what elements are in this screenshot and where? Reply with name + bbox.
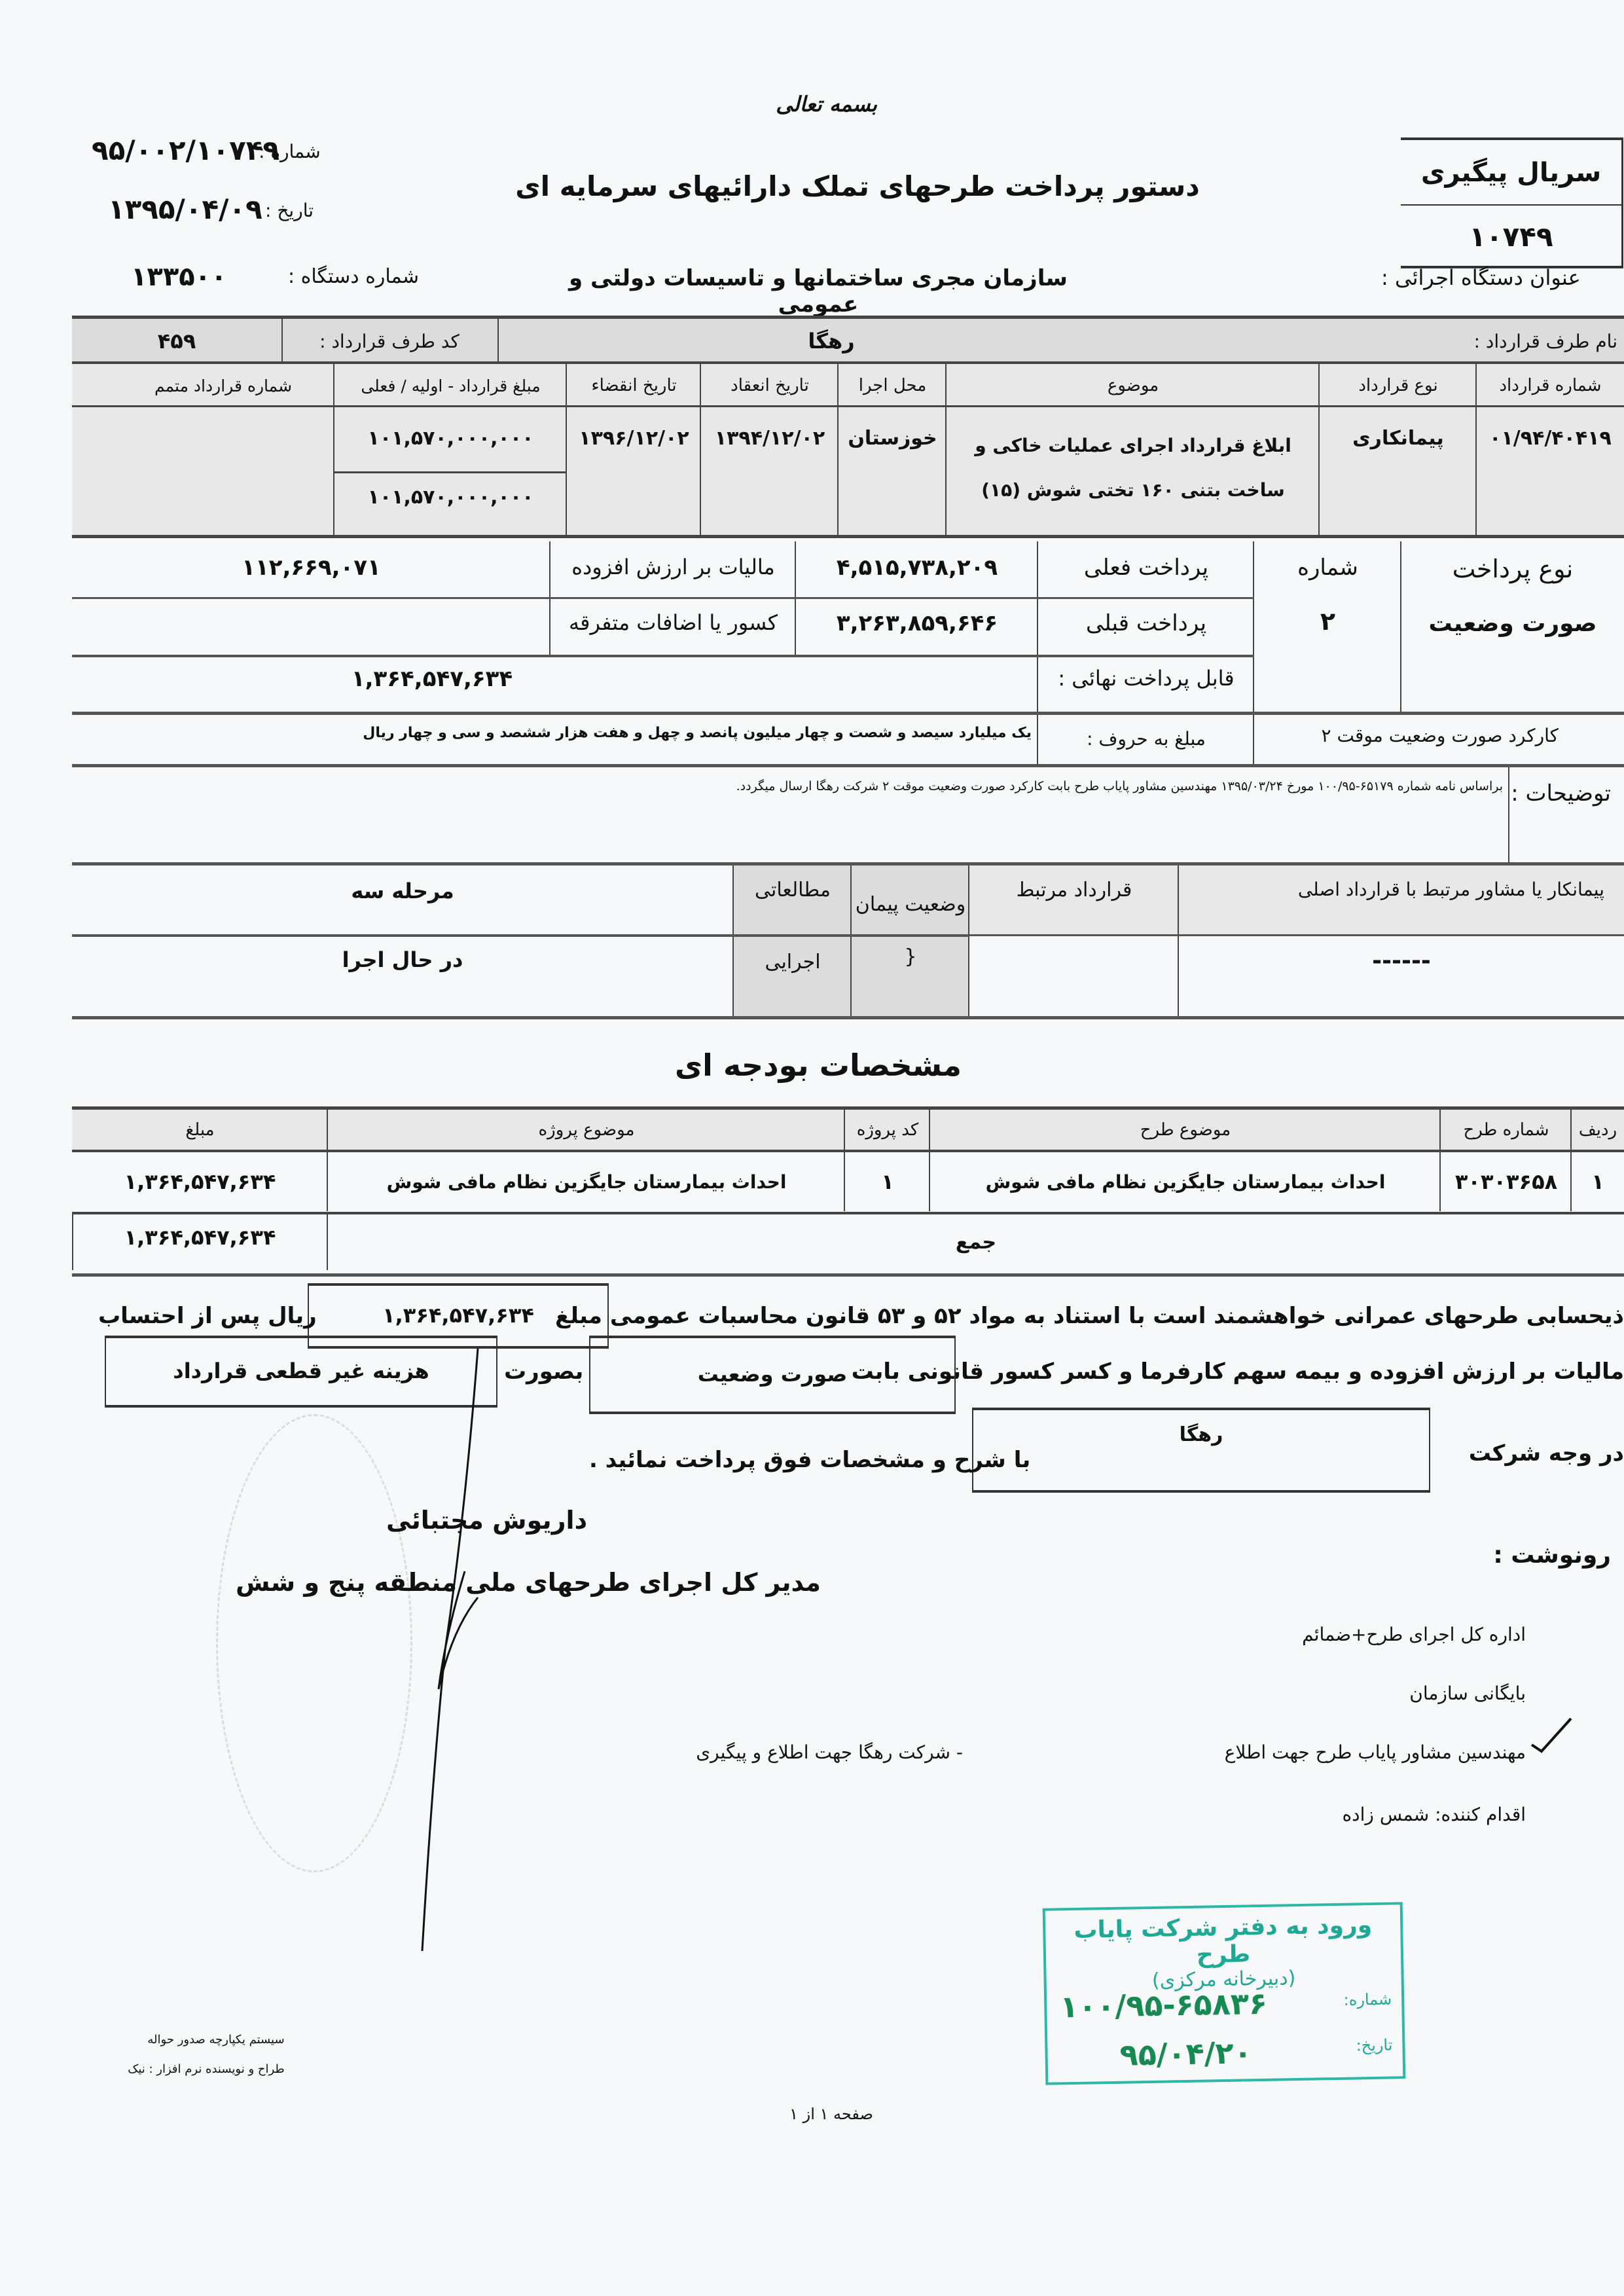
final-payable-value: ۱,۳۶۴,۵۴۷,۶۳۴: [268, 666, 596, 692]
budget-amount: ۱,۳۶۴,۵۴۷,۶۳۴: [72, 1152, 328, 1211]
instruction-line2-mid: بصورت: [504, 1358, 583, 1385]
col-plan-number: شماره طرح: [1441, 1110, 1572, 1150]
budget-plan-subject: احداث بیمارستان جایگزین نظام مافی شوش: [930, 1152, 1441, 1211]
previous-payment-label: پرداخت قبلی: [1038, 610, 1254, 636]
col-conclusion-date: تاریخ انعقاد: [701, 364, 839, 407]
related-contractor-value: ------: [1179, 947, 1624, 974]
party-name-label: نام طرف قرارداد :: [1474, 331, 1617, 352]
notes-text: براساس نامه شماره ۶۵۱۷۹-۱۰۰/۹۵ مورخ ۱۳۹۵…: [259, 779, 1503, 793]
amount-in-words-label: مبلغ به حروف :: [1038, 728, 1254, 750]
executive-body-label: عنوان دستگاه اجرائی :: [1381, 265, 1581, 290]
party-code-value: ۴۵۹: [72, 329, 281, 354]
expiry-date-value: ۱۳۹۶/۱۲/۰۲: [567, 427, 701, 450]
misc-label: کسور یا اضافات متفرقه: [550, 610, 796, 635]
handler-name: اقدام کننده: شمس زاده: [1343, 1804, 1526, 1825]
number-value: ۹۵/۰۰۲/۱۰۷۴۹: [92, 134, 280, 166]
location-value: خوزستان: [839, 427, 947, 450]
contract-type-value: پیمانکاری: [1320, 427, 1477, 450]
signatory-title: مدیر کل اجرای طرحهای ملی منطقه پنج و شش: [236, 1568, 821, 1597]
status-execution-option: اجرایی: [734, 951, 852, 974]
contract-data-row: ۰۱/۹۴/۴۰۴۱۹ پیمانکاری ابلاغ قرارداد اجرا…: [72, 407, 1624, 538]
date-value: ۱۳۹۵/۰۴/۰۹: [108, 193, 262, 225]
device-number-value: ۱۳۳۵۰۰: [131, 262, 226, 292]
amount-in-words-row: کارکرد صورت وضعیت موقت ۲ مبلغ به حروف : …: [72, 715, 1624, 764]
payment-type-label: نوع پرداخت: [1401, 555, 1624, 583]
phase-value: مرحله سه: [72, 879, 733, 903]
related-contractor-label: پیمانکار یا مشاور مرتبط با قرارداد اصلی: [1179, 879, 1604, 900]
stamp-number-label: شماره:: [1343, 1990, 1392, 2009]
checkmark-icon: [1528, 1715, 1574, 1755]
date-label: تاریخ :: [265, 200, 314, 221]
tracking-serial-box: سریال پیگیری ۱۰۷۴۹: [1401, 137, 1623, 268]
copy-item: اداره کل اجرای طرح+ضمائم: [1302, 1624, 1526, 1645]
amount-in-words-value: یک میلیارد سیصد و شصت و چهار میلیون پانص…: [76, 725, 1032, 741]
copy-item: بایگانی سازمان: [1409, 1683, 1526, 1704]
budget-total-row: جمع ۱,۳۶۴,۵۴۷,۶۳۴: [72, 1214, 1624, 1273]
budget-title: مشخصات بودجه ای: [458, 1048, 1178, 1083]
budget-project-subject: احداث بیمارستان جایگزین نظام مافی شوش: [328, 1152, 845, 1211]
payment-basis-box: صورت وضعیت: [589, 1336, 956, 1414]
vat-value: ۱۱۲,۶۶۹,۰۷۱: [72, 555, 550, 581]
party-code-label: کد طرف قرارداد :: [281, 331, 497, 352]
budget-table-row: ۱ ۳۰۳۰۳۶۵۸ احداث بیمارستان جایگزین نظام …: [72, 1152, 1624, 1214]
handwritten-signature-icon: [367, 1322, 497, 1977]
instruction-line1-suffix: ریال پس از احتساب: [98, 1303, 317, 1329]
work-description: کارکرد صورت وضعیت موقت ۲: [1322, 725, 1559, 746]
budget-total-label: جمع: [328, 1214, 1624, 1270]
page-title: دستور پرداخت طرحهای تملک دارائیهای سرمای…: [497, 170, 1218, 202]
payee-company-box: رهگا: [972, 1408, 1430, 1493]
col-project-code: کد پروژه: [845, 1110, 930, 1150]
current-payment-value: ۴,۵۱۵,۷۳۸,۲۰۹: [796, 555, 1038, 581]
executive-body-value: سازمان مجری ساختمانها و تاسیسات دولتی و …: [550, 265, 1087, 318]
budget-total-value: ۱,۳۶۴,۵۴۷,۶۳۴: [72, 1214, 328, 1260]
bismillah: بسمه تعالی: [746, 92, 877, 117]
device-number-label: شماره دستگاه :: [288, 265, 419, 288]
col-contract-amount: مبلغ قرارداد - اولیه / فعلی: [334, 364, 567, 407]
col-amount: مبلغ: [72, 1110, 328, 1150]
instruction-line3-suffix: با شرح و مشخصات فوق پرداخت نمائید .: [589, 1447, 1030, 1473]
stamp-date-value: ۹۵/۰۴/۲۰: [1119, 2035, 1252, 2073]
stamp-number-value: ۱۰۰/۹۵-۶۵۸۳۶: [1060, 1986, 1268, 2025]
conclusion-date-value: ۱۳۹۴/۱۲/۰۲: [701, 427, 839, 450]
contract-party-row: نام طرف قرارداد : رهگا کد طرف قرارداد : …: [72, 316, 1624, 361]
notes-section: توضیحات : براساس نامه شماره ۶۵۱۷۹-۱۰۰/۹۵…: [72, 767, 1624, 862]
notes-label: توضیحات :: [1511, 780, 1611, 807]
subject-value: ابلاغ قرارداد اجرای عملیات خاکی و ساخت ب…: [953, 424, 1313, 513]
vat-label: مالیات بر ارزش افزوده: [550, 555, 796, 579]
col-subject: موضوع: [947, 364, 1320, 407]
page-number: صفحه ۱ از ۱: [766, 2105, 897, 2123]
progress-value: در حال اجرا: [72, 947, 733, 972]
previous-payment-value: ۳,۲۶۳,۸۵۹,۶۴۶: [796, 610, 1038, 636]
stamp-date-label: تاریخ:: [1356, 2036, 1392, 2055]
payment-number-value: ۲: [1254, 607, 1401, 636]
stamp-line1: ورود به دفتر شرکت پایاب طرح: [1045, 1911, 1401, 1971]
software-system-line2: طراح و نویسنده نرم افزار : نیک: [118, 2062, 295, 2076]
status-section: پیمانکار یا مشاور مرتبط با قرارداد اصلی …: [72, 866, 1624, 1016]
payment-number-label: شماره: [1254, 555, 1401, 581]
instruction-line1: ذیحسابی طرحهای عمرانی خواهشمند است با اس…: [555, 1303, 1624, 1329]
receipt-stamp: ورود به دفتر شرکت پایاب طرح (دبیرخانه مر…: [1043, 1902, 1406, 2085]
software-system-line1: سیستم یکپارچه صدور حواله: [137, 2033, 295, 2047]
col-plan-subject: موضوع طرح: [930, 1110, 1441, 1150]
final-payable-label: قابل پرداخت نهائی :: [1038, 666, 1254, 691]
contract-number-value: ۰۱/۹۴/۴۰۴۱۹: [1477, 427, 1624, 450]
amount-initial-value: ۱۰۱,۵۷۰,۰۰۰,۰۰۰: [334, 427, 567, 450]
payment-section: نوع پرداخت صورت وضعیت شماره ۲ پرداخت فعل…: [72, 541, 1624, 713]
status-study-option: مطالعاتی: [734, 879, 852, 902]
tracking-serial-label: سریال پیگیری: [1401, 140, 1621, 206]
col-location: محل اجرا: [839, 364, 947, 407]
related-contract-label: قرارداد مرتبط: [969, 879, 1179, 902]
col-supplement-number: شماره قرارداد متمم: [112, 364, 334, 407]
budget-project-code: ۱: [845, 1152, 930, 1211]
copy-item: - شرکت رهگا جهت اطلاع و پیگیری: [696, 1741, 963, 1763]
budget-row-number: ۱: [1572, 1152, 1624, 1211]
col-contract-number: شماره قرارداد: [1477, 364, 1624, 407]
contract-header-row: شماره قرارداد نوع قرارداد موضوع محل اجرا…: [72, 361, 1624, 407]
payment-type-value: صورت وضعیت: [1401, 610, 1624, 637]
col-row: ردیف: [1572, 1110, 1624, 1150]
amount-current-value: ۱۰۱,۵۷۰,۰۰۰,۰۰۰: [334, 486, 567, 509]
col-contract-type: نوع قرارداد: [1320, 364, 1477, 407]
contract-status-label: وضعیت پیمان {: [852, 879, 969, 983]
col-expiry-date: تاریخ انقضاء: [567, 364, 701, 407]
tracking-serial-value: ۱۰۷۴۹: [1401, 206, 1621, 268]
instruction-line3: در وجه شرکت: [1469, 1440, 1624, 1467]
copies-label: رونوشت :: [1493, 1542, 1611, 1569]
budget-plan-number: ۳۰۳۰۳۶۵۸: [1441, 1152, 1572, 1211]
signatory-name: داریوش مجتبائی: [386, 1506, 587, 1535]
current-payment-label: پرداخت فعلی: [1038, 555, 1254, 581]
budget-header-row: ردیف شماره طرح موضوع طرح کد پروژه موضوع …: [72, 1106, 1624, 1152]
party-name-value: رهگا: [504, 329, 1159, 354]
col-project-subject: موضوع پروژه: [328, 1110, 845, 1150]
copy-item: مهندسین مشاور پایاب طرح جهت اطلاع: [1225, 1741, 1526, 1763]
instruction-line2: مالیات بر ارزش افزوده و بیمه سهم کارفرما…: [852, 1358, 1624, 1385]
